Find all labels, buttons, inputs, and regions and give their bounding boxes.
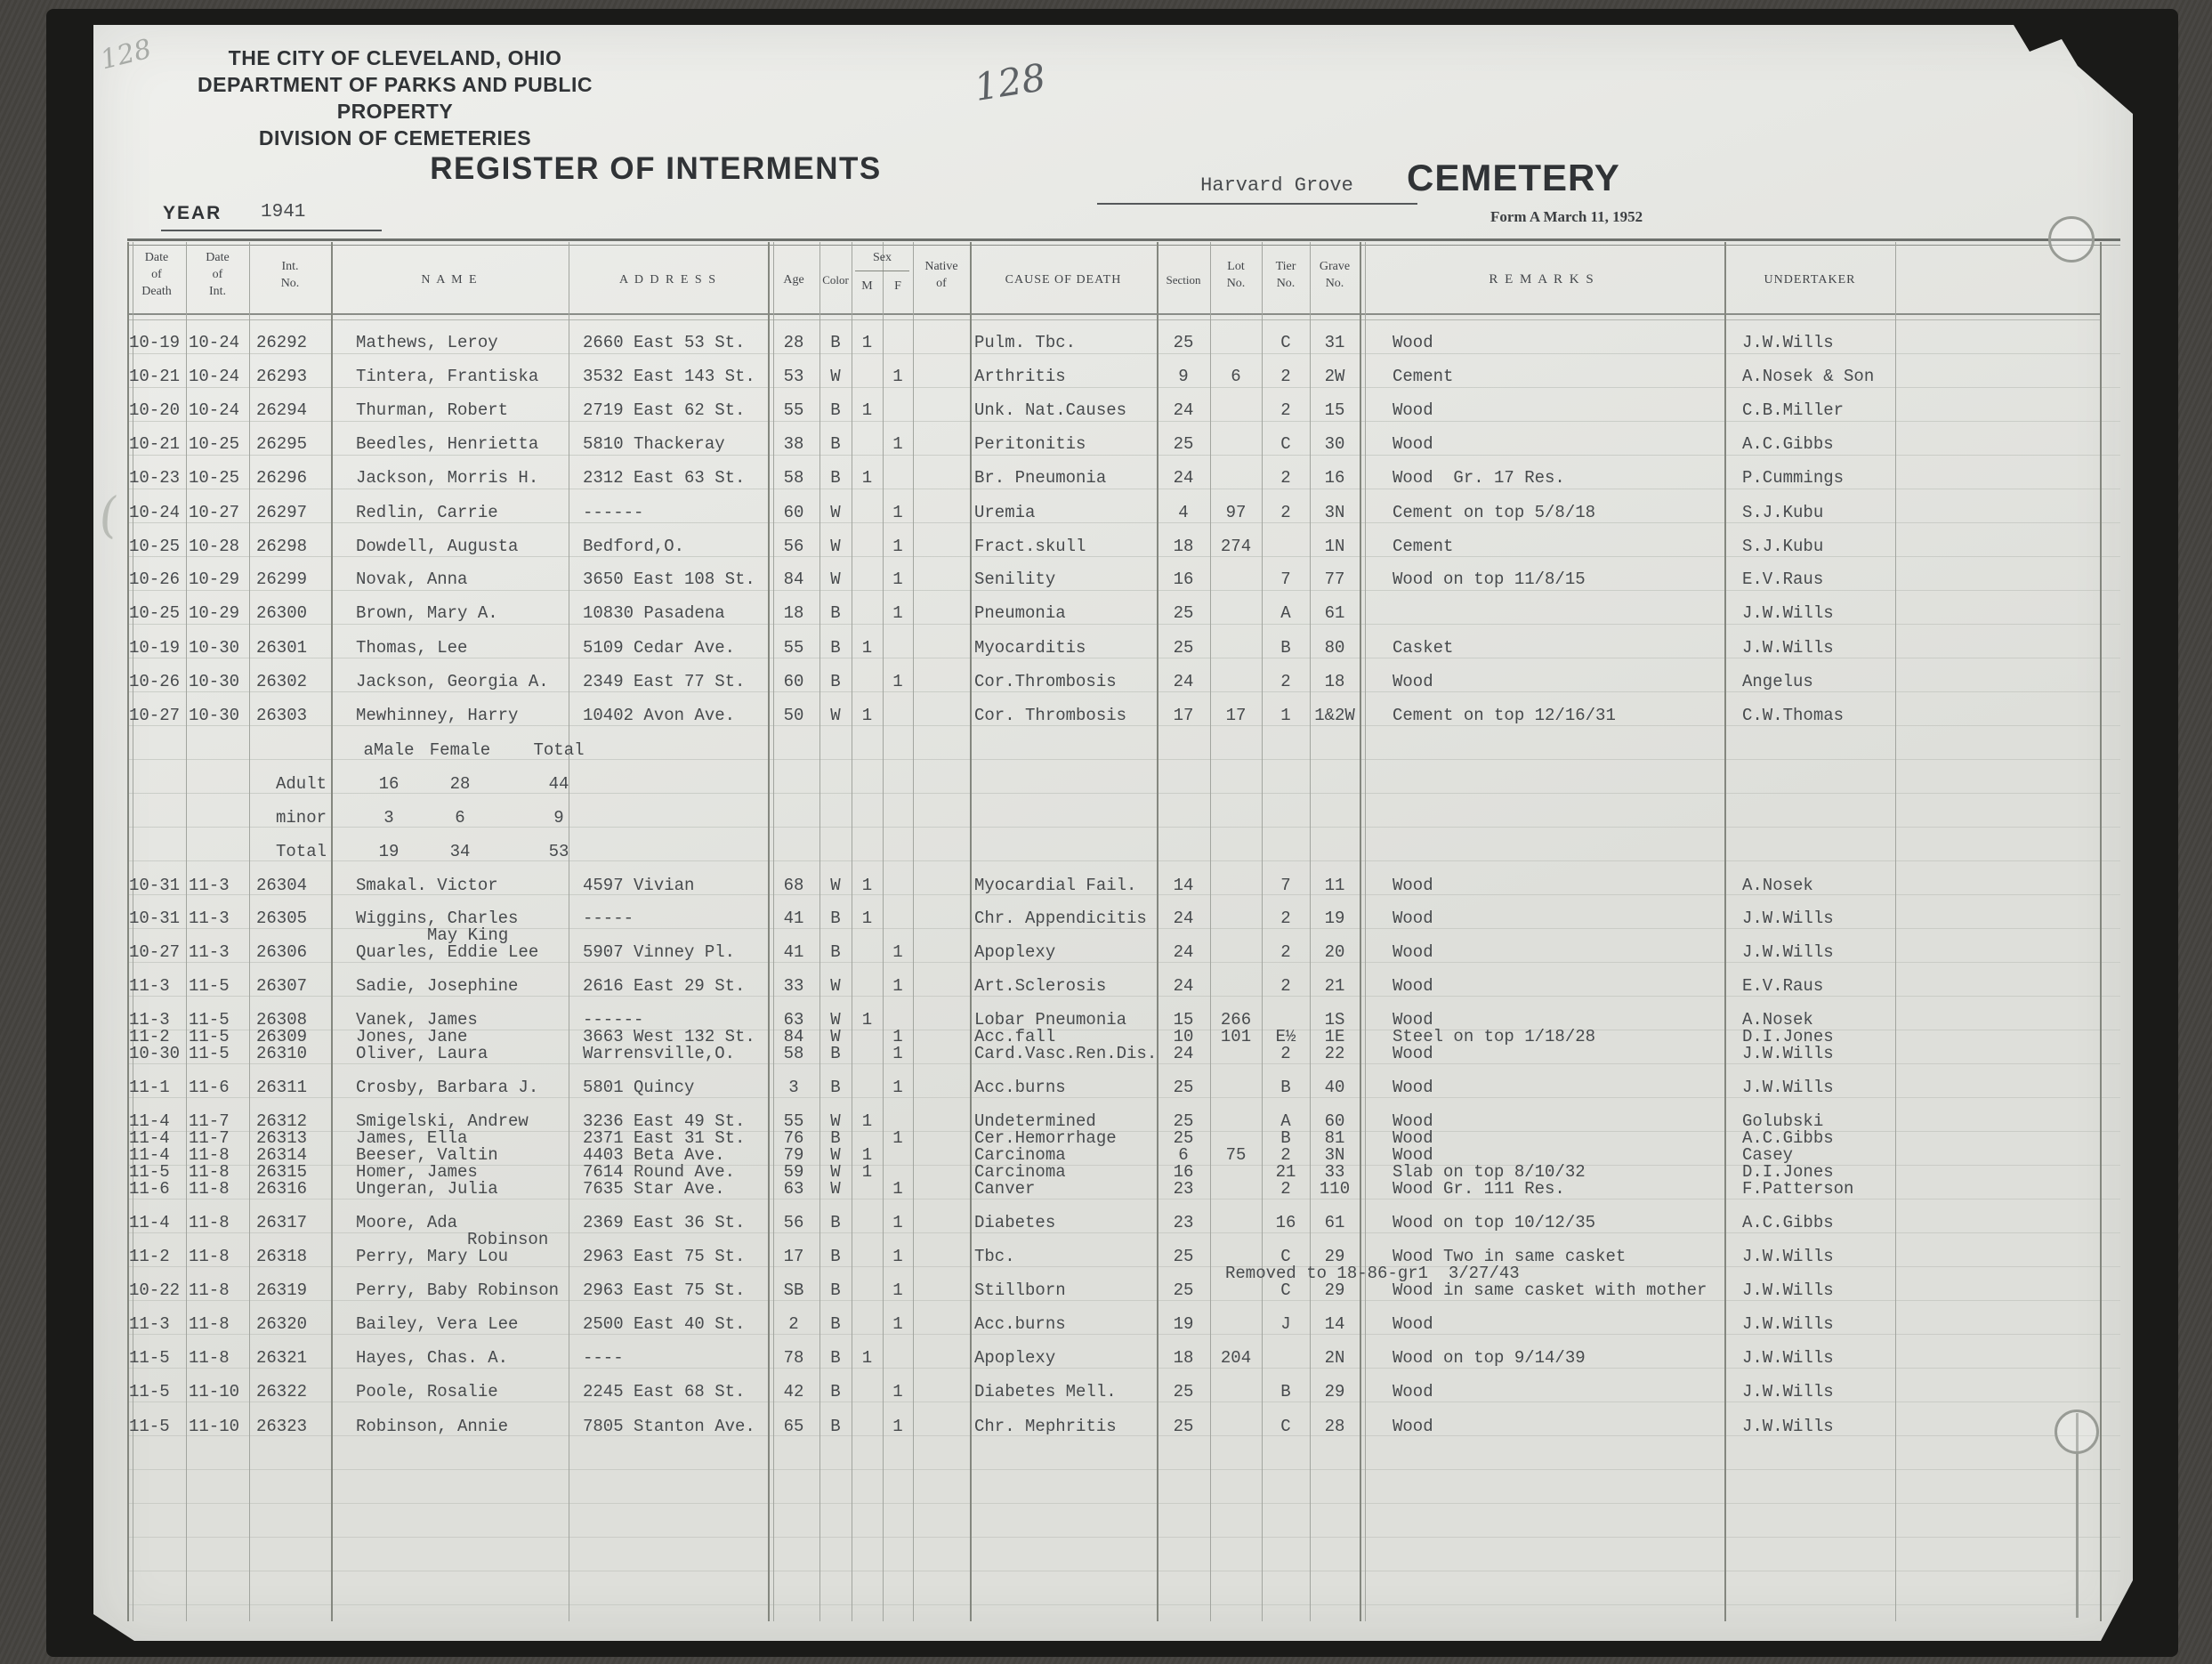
cell-age: 65 [768, 1418, 819, 1436]
summary-value: 6 [420, 809, 500, 828]
cell-color: B [819, 334, 852, 352]
cell-grave: 29 [1310, 1383, 1360, 1401]
cell-f: 1 [883, 368, 913, 386]
cell-und: C.W.Thomas [1742, 707, 1895, 725]
cell-rem: Wood on top 9/14/39 [1393, 1349, 1724, 1368]
cell-m: 1 [852, 469, 883, 488]
cell-no: 26300 [256, 604, 329, 623]
cell-tier: 2 [1262, 368, 1310, 386]
cell-no: 26302 [256, 673, 329, 691]
cell-grave: 19 [1310, 909, 1360, 928]
cell-rem: Cement on top 12/16/31 [1393, 707, 1724, 725]
cell-addr: 3532 East 143 St. [583, 368, 766, 386]
cell-rem: Wood [1393, 435, 1724, 454]
cell-color: B [819, 1418, 852, 1436]
cell-age: 63 [768, 1180, 819, 1199]
cell-name: Jackson, Morris H. [356, 469, 568, 488]
table-top-rule [127, 238, 2120, 241]
cell-grave: 31 [1310, 334, 1360, 352]
cell-cause: Peritonitis [974, 435, 1158, 454]
summary-value: 44 [519, 775, 599, 794]
cell-cause: Pneumonia [974, 604, 1158, 623]
cell-tier: C [1262, 1281, 1310, 1300]
cell-dd: 10-21 [129, 368, 184, 386]
cell-dd: 10-23 [129, 469, 184, 488]
cell-age: 60 [768, 504, 819, 522]
cell-sec: 18 [1157, 1349, 1210, 1368]
year-rule [161, 230, 382, 231]
cell-rem: Cement on top 5/8/18 [1393, 504, 1724, 522]
cell-age: 68 [768, 876, 819, 895]
cell-f: 1 [883, 673, 913, 691]
cell-no: 26316 [256, 1180, 329, 1199]
cell-di: 11-8 [189, 1349, 247, 1368]
col-header-sex: Sex [852, 249, 913, 266]
cell-addr: 2963 East 75 St. [583, 1281, 766, 1300]
cell-sec: 25 [1157, 639, 1210, 658]
cell-di: 11-8 [189, 1248, 247, 1266]
cell-m: 1 [852, 334, 883, 352]
cell-und: J.W.Wills [1742, 334, 1895, 352]
cell-und: J.W.Wills [1742, 943, 1895, 962]
cell-addr: 2660 East 53 St. [583, 334, 766, 352]
cell-name: Quarles, Eddie Lee [356, 943, 568, 962]
column-line [1360, 242, 1361, 1621]
cell-name: Redlin, Carrie [356, 504, 568, 522]
cell-tier: 2 [1262, 673, 1310, 691]
cell-name: Novak, Anna [356, 570, 568, 589]
cell-no: 26292 [256, 334, 329, 352]
cell-und: A.C.Gibbs [1742, 1214, 1895, 1232]
cell-und: J.W.Wills [1742, 1315, 1895, 1334]
cell-sec: 24 [1157, 909, 1210, 928]
cell-name: Ungeran, Julia [356, 1180, 568, 1199]
cell-dd: 10-24 [129, 504, 184, 522]
column-line [1895, 242, 1896, 1621]
org-line-2: DEPARTMENT OF PARKS AND PUBLIC PROPERTY [145, 71, 645, 125]
col-header-grave-no: GraveNo. [1310, 258, 1360, 292]
cell-sec: 25 [1157, 1078, 1210, 1097]
cell-no: 26321 [256, 1349, 329, 1368]
cell-age: 3 [768, 1078, 819, 1097]
cell-addr: 2500 East 40 St. [583, 1315, 766, 1334]
cell-rem: Casket [1393, 639, 1724, 658]
cell-und: E.V.Raus [1742, 570, 1895, 589]
cell-tier: 2 [1262, 401, 1310, 420]
cell-f: 1 [883, 604, 913, 623]
cell-sec: 25 [1157, 435, 1210, 454]
cell-dd: 10-27 [129, 943, 184, 962]
summary-value: 16 [349, 775, 429, 794]
cell-dd: 11-4 [129, 1214, 184, 1232]
cell-color: B [819, 435, 852, 454]
cell-tier: 2 [1262, 1045, 1310, 1063]
summary-value: 9 [519, 809, 599, 828]
cell-color: B [819, 469, 852, 488]
cell-rem: Wood [1393, 1418, 1724, 1436]
summary-row-label: minor [276, 809, 327, 828]
col-header-int-no: Int.No. [249, 258, 331, 292]
cell-grave: 3N [1310, 504, 1360, 522]
cell-tier: J [1262, 1315, 1310, 1334]
cell-tier: B [1262, 1078, 1310, 1097]
cell-no: 26303 [256, 707, 329, 725]
cell-di: 10-29 [189, 604, 247, 623]
cell-no: 26306 [256, 943, 329, 962]
cell-tier: 2 [1262, 977, 1310, 996]
cell-tier: A [1262, 604, 1310, 623]
org-line-3: DIVISION OF CEMETERIES [145, 125, 645, 151]
cell-und: E.V.Raus [1742, 977, 1895, 996]
cell-rem: Wood [1393, 334, 1724, 352]
cell-color: W [819, 570, 852, 589]
cell-addr: 5907 Vinney Pl. [583, 943, 766, 962]
cell-cause: Diabetes [974, 1214, 1158, 1232]
cell-und: J.W.Wills [1742, 1418, 1895, 1436]
cell-dd: 11-2 [129, 1248, 184, 1266]
cell-f: 1 [883, 1315, 913, 1334]
cell-und: J.W.Wills [1742, 1045, 1895, 1063]
cell-sec: 24 [1157, 977, 1210, 996]
cell-und: J.W.Wills [1742, 639, 1895, 658]
column-line [852, 242, 852, 1621]
cell-cause: Myocardial Fail. [974, 876, 1158, 895]
cell-no: 26318 [256, 1248, 329, 1266]
cell-sec: 25 [1157, 1281, 1210, 1300]
cell-rem: Wood in same casket with mother [1393, 1281, 1724, 1300]
cell-grave: 40 [1310, 1078, 1360, 1097]
cell-cause: Fract.skull [974, 537, 1158, 556]
cell-dd: 10-25 [129, 604, 184, 623]
cell-cause: Pulm. Tbc. [974, 334, 1158, 352]
cell-color: W [819, 707, 852, 725]
cell-di: 11-8 [189, 1281, 247, 1300]
cell-age: 58 [768, 1045, 819, 1063]
cell-sec: 24 [1157, 943, 1210, 962]
cell-name: Poole, Rosalie [356, 1383, 568, 1401]
cell-name: Oliver, Laura [356, 1045, 568, 1063]
cell-grave: 1&2W [1310, 707, 1360, 725]
cell-cause: Myocarditis [974, 639, 1158, 658]
page-title: REGISTER OF INTERMENTS [424, 151, 887, 187]
cell-no: 26319 [256, 1281, 329, 1300]
cell-und: J.W.Wills [1742, 604, 1895, 623]
cell-sec: 17 [1157, 707, 1210, 725]
cell-cause: Diabetes Mell. [974, 1383, 1158, 1401]
cell-age: 28 [768, 334, 819, 352]
cell-dd: 10-26 [129, 570, 184, 589]
cell-addr: ----- [583, 909, 766, 928]
cell-rem: Wood [1393, 673, 1724, 691]
summary-col-male: aMale [349, 741, 429, 760]
cell-no: 26297 [256, 504, 329, 522]
cell-cause: Chr. Mephritis [974, 1418, 1158, 1436]
cell-di: 11-3 [189, 943, 247, 962]
cell-di: 10-29 [189, 570, 247, 589]
cell-m: 1 [852, 639, 883, 658]
cell-sec: 14 [1157, 876, 1210, 895]
cell-age: 50 [768, 707, 819, 725]
cell-dd: 11-5 [129, 1418, 184, 1436]
cell-grave: 18 [1310, 673, 1360, 691]
cell-no: 26293 [256, 368, 329, 386]
cell-color: W [819, 977, 852, 996]
pencil-mark: ( [96, 487, 121, 545]
cell-no: 26322 [256, 1383, 329, 1401]
cell-dd: 11-1 [129, 1078, 184, 1097]
cell-cause: Senility [974, 570, 1158, 589]
cell-dd: 10-31 [129, 909, 184, 928]
cell-tier: B [1262, 639, 1310, 658]
cell-rem: Wood [1393, 1129, 1724, 1148]
summary-value: 19 [349, 843, 429, 861]
cell-sec: 23 [1157, 1180, 1210, 1199]
col-header-cause-of-death: CAUSE OF DEATH [970, 271, 1157, 288]
cell-dd: 10-26 [129, 673, 184, 691]
cell-und: A.Nosek & Son [1742, 368, 1895, 386]
cell-cause: Apoplexy [974, 943, 1158, 962]
column-line [569, 242, 569, 1621]
year-value: 1941 [261, 202, 305, 222]
cell-sec: 19 [1157, 1315, 1210, 1334]
cell-name: Smakal. Victor [356, 876, 568, 895]
cell-name: Thomas, Lee [356, 639, 568, 658]
cell-tier: C [1262, 435, 1310, 454]
cell-di: 11-3 [189, 876, 247, 895]
cell-f: 1 [883, 943, 913, 962]
cell-dd: 10-31 [129, 876, 184, 895]
table-top-rule-2 [127, 245, 2120, 246]
cell-f: 1 [883, 1248, 913, 1266]
cell-rem: Wood [1393, 943, 1724, 962]
cell-cause: Acc.burns [974, 1315, 1158, 1334]
cell-tier: B [1262, 1383, 1310, 1401]
cell-f: 1 [883, 1180, 913, 1199]
cell-age: 58 [768, 469, 819, 488]
cell-di: 11-10 [189, 1418, 247, 1436]
column-line [1210, 242, 1211, 1621]
cell-und: J.W.Wills [1742, 1349, 1895, 1368]
cell-lot: 6 [1210, 368, 1262, 386]
cell-no: 26304 [256, 876, 329, 895]
cell-m: 1 [852, 1163, 883, 1182]
col-header-date-of-death: DateofDeath [127, 249, 186, 300]
cell-tier: 2 [1262, 943, 1310, 962]
cell-addr: 5109 Cedar Ave. [583, 639, 766, 658]
cell-rem: Wood [1393, 1045, 1724, 1063]
binder-ring-icon [2055, 1410, 2099, 1454]
cell-di: 10-28 [189, 537, 247, 556]
column-line [331, 242, 333, 1621]
cell-addr: 10830 Pasadena [583, 604, 766, 623]
cell-di: 10-24 [189, 401, 247, 420]
cell-di: 11-5 [189, 1045, 247, 1063]
cemetery-name: Harvard Grove [1143, 174, 1410, 197]
cell-rem: Cement [1393, 368, 1724, 386]
pencil-page-number-center: 128 [972, 55, 1049, 109]
cell-lot: 75 [1210, 1146, 1262, 1165]
cell-name-extra: May King [427, 926, 508, 945]
cell-di: 10-30 [189, 707, 247, 725]
cell-addr: 2349 East 77 St. [583, 673, 766, 691]
cell-di: 10-30 [189, 673, 247, 691]
cell-und: C.B.Miller [1742, 401, 1895, 420]
summary-value: 28 [420, 775, 500, 794]
cell-addr: 5801 Quincy [583, 1078, 766, 1097]
cell-color: B [819, 1349, 852, 1368]
form-note: Form A March 11, 1952 [1490, 208, 1757, 226]
col-header-name: N A M E [331, 271, 569, 288]
summary-value: 3 [349, 809, 429, 828]
cell-tier: 2 [1262, 909, 1310, 928]
cell-name: Beedles, Henrietta [356, 435, 568, 454]
cell-addr: ---- [583, 1349, 766, 1368]
cell-m: 1 [852, 876, 883, 895]
column-line [913, 242, 914, 1621]
cell-di: 11-8 [189, 1180, 247, 1199]
cell-no: 26310 [256, 1045, 329, 1063]
cell-und: A.C.Gibbs [1742, 435, 1895, 454]
cell-addr: 10402 Avon Ave. [583, 707, 766, 725]
cell-tier: 2 [1262, 1180, 1310, 1199]
cell-addr: 2616 East 29 St. [583, 977, 766, 996]
cell-lot: 97 [1210, 504, 1262, 522]
cell-rem: Wood [1393, 909, 1724, 928]
cell-no: 26295 [256, 435, 329, 454]
cell-sec: 16 [1157, 570, 1210, 589]
cell-grave: 29 [1310, 1281, 1360, 1300]
cell-addr: Bedford,O. [583, 537, 766, 556]
cell-m: 1 [852, 707, 883, 725]
cell-grave: 15 [1310, 401, 1360, 420]
cell-name: Bailey, Vera Lee [356, 1315, 568, 1334]
cell-sec: 25 [1157, 1248, 1210, 1266]
header-bottom-rule [127, 313, 2100, 315]
cell-f: 1 [883, 435, 913, 454]
org-letterhead: THE CITY OF CLEVELAND, OHIO DEPARTMENT O… [145, 44, 645, 151]
cell-age: 55 [768, 401, 819, 420]
cell-rem: Steel on top 1/18/28 [1393, 1028, 1724, 1046]
cell-di: 10-27 [189, 504, 247, 522]
cell-dd: 11-5 [129, 1349, 184, 1368]
column-line [1365, 242, 1366, 1621]
col-header-address: A D D R E S S [569, 271, 768, 288]
col-header-color: Color [819, 271, 852, 288]
cell-di: 11-6 [189, 1078, 247, 1097]
cell-color: B [819, 1315, 852, 1334]
cell-rem: Wood on top 11/8/15 [1393, 570, 1724, 589]
cell-sec: 24 [1157, 673, 1210, 691]
cell-age: 55 [768, 639, 819, 658]
cell-und: P.Cummings [1742, 469, 1895, 488]
cell-rem: Wood [1393, 401, 1724, 420]
cell-dd: 10-19 [129, 334, 184, 352]
column-line [1724, 242, 1726, 1621]
cell-dd: 10-21 [129, 435, 184, 454]
cell-sec: 25 [1157, 1383, 1210, 1401]
column-line [970, 242, 972, 1621]
cell-und: J.W.Wills [1742, 1281, 1895, 1300]
cell-rem: Cement [1393, 537, 1724, 556]
cell-sec: 18 [1157, 537, 1210, 556]
cell-no: 26298 [256, 537, 329, 556]
cell-dd: 10-25 [129, 537, 184, 556]
cell-color: W [819, 1180, 852, 1199]
cell-grave: 61 [1310, 1214, 1360, 1232]
cell-f: 1 [883, 504, 913, 522]
cell-rem: Wood [1393, 876, 1724, 895]
cell-name: Brown, Mary A. [356, 604, 568, 623]
col-header-date-of-int: DateofInt. [186, 249, 249, 300]
cell-name: Dowdell, Augusta [356, 537, 568, 556]
cell-rem: Wood Gr. 111 Res. [1393, 1180, 1724, 1199]
cell-name: Robinson, Annie [356, 1418, 568, 1436]
cell-dd: 10-19 [129, 639, 184, 658]
cell-cause: Br. Pneumonia [974, 469, 1158, 488]
cell-color: B [819, 639, 852, 658]
cell-no: 26305 [256, 909, 329, 928]
cell-di: 11-8 [189, 1315, 247, 1334]
cell-name: Tintera, Frantiska [356, 368, 568, 386]
cell-grave: 61 [1310, 604, 1360, 623]
cell-tier: 2 [1262, 469, 1310, 488]
cell-rem: Wood [1393, 1383, 1724, 1401]
scanned-register-photo: { "header": { "pencil_corner_number": "1… [0, 0, 2212, 1664]
cell-und: J.W.Wills [1742, 1078, 1895, 1097]
column-line [2100, 242, 2102, 1621]
cell-di: 11-10 [189, 1383, 247, 1401]
cell-sec: 25 [1157, 1418, 1210, 1436]
cell-rem: Wood [1393, 1078, 1724, 1097]
cell-addr: Warrensville,O. [583, 1045, 766, 1063]
cell-name: Hayes, Chas. A. [356, 1349, 568, 1368]
cell-cause: Uremia [974, 504, 1158, 522]
cell-tier: 16 [1262, 1214, 1310, 1232]
cell-dd: 10-27 [129, 707, 184, 725]
cell-name: Perry, Baby Robinson [356, 1281, 568, 1300]
cell-grave: 30 [1310, 435, 1360, 454]
cell-addr: 5810 Thackeray [583, 435, 766, 454]
cell-age: 42 [768, 1383, 819, 1401]
cell-no: 26307 [256, 977, 329, 996]
cell-und: Angelus [1742, 673, 1895, 691]
cell-age: 41 [768, 909, 819, 928]
cell-und: S.J.Kubu [1742, 504, 1895, 522]
column-line [249, 242, 250, 1621]
cell-addr: 2312 East 63 St. [583, 469, 766, 488]
cell-cause: Unk. Nat.Causes [974, 401, 1158, 420]
cell-sec: 24 [1157, 1045, 1210, 1063]
cell-age: 2 [768, 1315, 819, 1334]
cell-rem: Wood on top 10/12/35 [1393, 1214, 1724, 1232]
cell-age: 41 [768, 943, 819, 962]
cell-color: B [819, 909, 852, 928]
cell-addr: 2369 East 36 St. [583, 1214, 766, 1232]
summary-value: 53 [519, 843, 599, 861]
col-header-age: Age [768, 271, 819, 288]
cell-cause: Canver [974, 1180, 1158, 1199]
col-header-sex-m: M [852, 278, 883, 295]
cell-color: B [819, 1045, 852, 1063]
cell-addr: 7805 Stanton Ave. [583, 1418, 766, 1436]
cell-f: 1 [883, 1418, 913, 1436]
cell-rem: Wood [1393, 1315, 1724, 1334]
col-header-remarks: R E M A R K S [1360, 271, 1724, 288]
cell-sec: 24 [1157, 469, 1210, 488]
cell-f: 1 [883, 1281, 913, 1300]
sex-header-rule [855, 271, 909, 271]
cell-no: 26299 [256, 570, 329, 589]
